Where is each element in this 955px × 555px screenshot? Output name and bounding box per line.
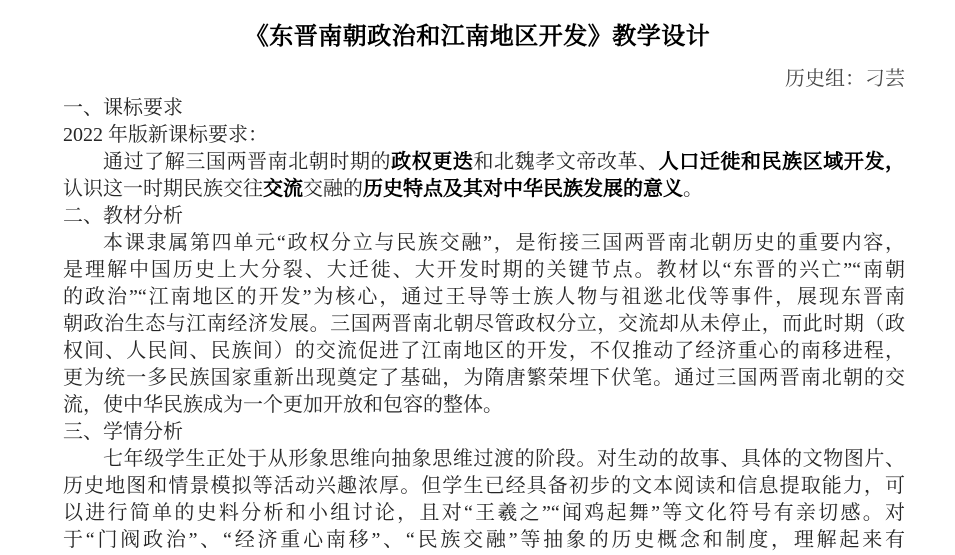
text-run: 于“门阀政治”、“经济重心南移”、“民族交融”等抽象的历史概念和制度，理解起来有 bbox=[63, 529, 905, 551]
text-run: 朝政治生态与江南经济发展。三国两晋南北朝尽管政权分立，交流却从未停止，而此时期（… bbox=[63, 313, 905, 335]
text-line: 认识这一时期民族交往交流交融的历史特点及其对中华民族发展的意义。 bbox=[63, 176, 905, 203]
bold-text-run: 历史特点及其对中华民族发展的意义 bbox=[363, 178, 683, 200]
text-run: 历史地图和情景模拟等活动兴趣浓厚。但学生已经具备初步的文本阅读和信息提取能力，可 bbox=[63, 475, 905, 497]
text-run: 更为统一多民族国家重新出现奠定了基础，为隋唐繁荣埋下伏笔。通过三国两晋南北朝的交 bbox=[63, 367, 905, 389]
text-line: 2022 年版新课标要求： bbox=[63, 122, 905, 149]
text-line: 一、课标要求 bbox=[63, 95, 905, 122]
text-run: 权间、人民间、民族间）的交流促进了江南地区的开发，不仅推动了经济重心的南移进程， bbox=[63, 340, 905, 362]
text-run: 和北魏孝文帝改革、 bbox=[473, 151, 658, 173]
text-run: 流，使中华民族成为一个更加开放和包容的整体。 bbox=[63, 394, 503, 416]
text-line: 七年级学生正处于从形象思维向抽象思维过渡的阶段。对生动的故事、具体的文物图片、 bbox=[63, 446, 905, 473]
document-page: 《东晋南朝政治和江南地区开发》教学设计 历史组：刁芸 一、课标要求2022 年版… bbox=[0, 0, 955, 555]
bold-text-run: 人口迁徙和民族区域开发， bbox=[659, 151, 905, 173]
author-byline: 历史组：刁芸 bbox=[0, 66, 905, 92]
bold-text-run: 交流 bbox=[263, 178, 303, 200]
document-body: 一、课标要求2022 年版新课标要求：通过了解三国两晋南北朝时期的政权更迭和北魏… bbox=[63, 95, 905, 554]
text-line: 权间、人民间、民族间）的交流促进了江南地区的开发，不仅推动了经济重心的南移进程， bbox=[63, 338, 905, 365]
text-run: 交融的 bbox=[303, 178, 363, 200]
text-run: 是理解中国历史上大分裂、大迁徙、大开发时期的关键节点。教材以“东晋的兴亡”“南朝 bbox=[63, 259, 905, 281]
text-line: 以进行简单的史料分析和小组讨论，且对“王羲之”“闻鸡起舞”等文化符号有亲切感。对 bbox=[63, 500, 905, 527]
text-line: 本课隶属第四单元“政权分立与民族交融”，是衔接三国两晋南北朝历史的重要内容， bbox=[63, 230, 905, 257]
text-run: 的政治”“江南地区的开发”为核心，通过王导等士族人物与祖逖北伐等事件，展现东晋南 bbox=[63, 286, 905, 308]
text-line: 二、教材分析 bbox=[63, 203, 905, 230]
text-line: 三、学情分析 bbox=[63, 419, 905, 446]
text-line: 的政治”“江南地区的开发”为核心，通过王导等士族人物与祖逖北伐等事件，展现东晋南 bbox=[63, 284, 905, 311]
text-line: 朝政治生态与江南经济发展。三国两晋南北朝尽管政权分立，交流却从未停止，而此时期（… bbox=[63, 311, 905, 338]
text-run: 。 bbox=[683, 178, 703, 200]
page-title: 《东晋南朝政治和江南地区开发》教学设计 bbox=[0, 0, 955, 52]
text-line: 更为统一多民族国家重新出现奠定了基础，为隋唐繁荣埋下伏笔。通过三国两晋南北朝的交 bbox=[63, 365, 905, 392]
text-run: 本课隶属第四单元“政权分立与民族交融”，是衔接三国两晋南北朝历史的重要内容， bbox=[103, 232, 905, 254]
text-line: 于“门阀政治”、“经济重心南移”、“民族交融”等抽象的历史概念和制度，理解起来有 bbox=[63, 527, 905, 554]
text-run: 2022 年版新课标要求： bbox=[63, 124, 268, 146]
text-run: 认识这一时期民族交往 bbox=[63, 178, 263, 200]
text-line: 是理解中国历史上大分裂、大迁徙、大开发时期的关键节点。教材以“东晋的兴亡”“南朝 bbox=[63, 257, 905, 284]
text-line: 通过了解三国两晋南北朝时期的政权更迭和北魏孝文帝改革、人口迁徙和民族区域开发， bbox=[63, 149, 905, 176]
text-run: 以进行简单的史料分析和小组讨论，且对“王羲之”“闻鸡起舞”等文化符号有亲切感。对 bbox=[63, 502, 905, 524]
text-run: 一、课标要求 bbox=[63, 97, 183, 119]
text-run: 通过了解三国两晋南北朝时期的 bbox=[103, 151, 391, 173]
bold-text-run: 政权更迭 bbox=[391, 151, 473, 173]
text-line: 流，使中华民族成为一个更加开放和包容的整体。 bbox=[63, 392, 905, 419]
text-run: 七年级学生正处于从形象思维向抽象思维过渡的阶段。对生动的故事、具体的文物图片、 bbox=[103, 448, 905, 470]
text-run: 三、学情分析 bbox=[63, 421, 183, 443]
text-run: 二、教材分析 bbox=[63, 205, 183, 227]
text-line: 历史地图和情景模拟等活动兴趣浓厚。但学生已经具备初步的文本阅读和信息提取能力，可 bbox=[63, 473, 905, 500]
